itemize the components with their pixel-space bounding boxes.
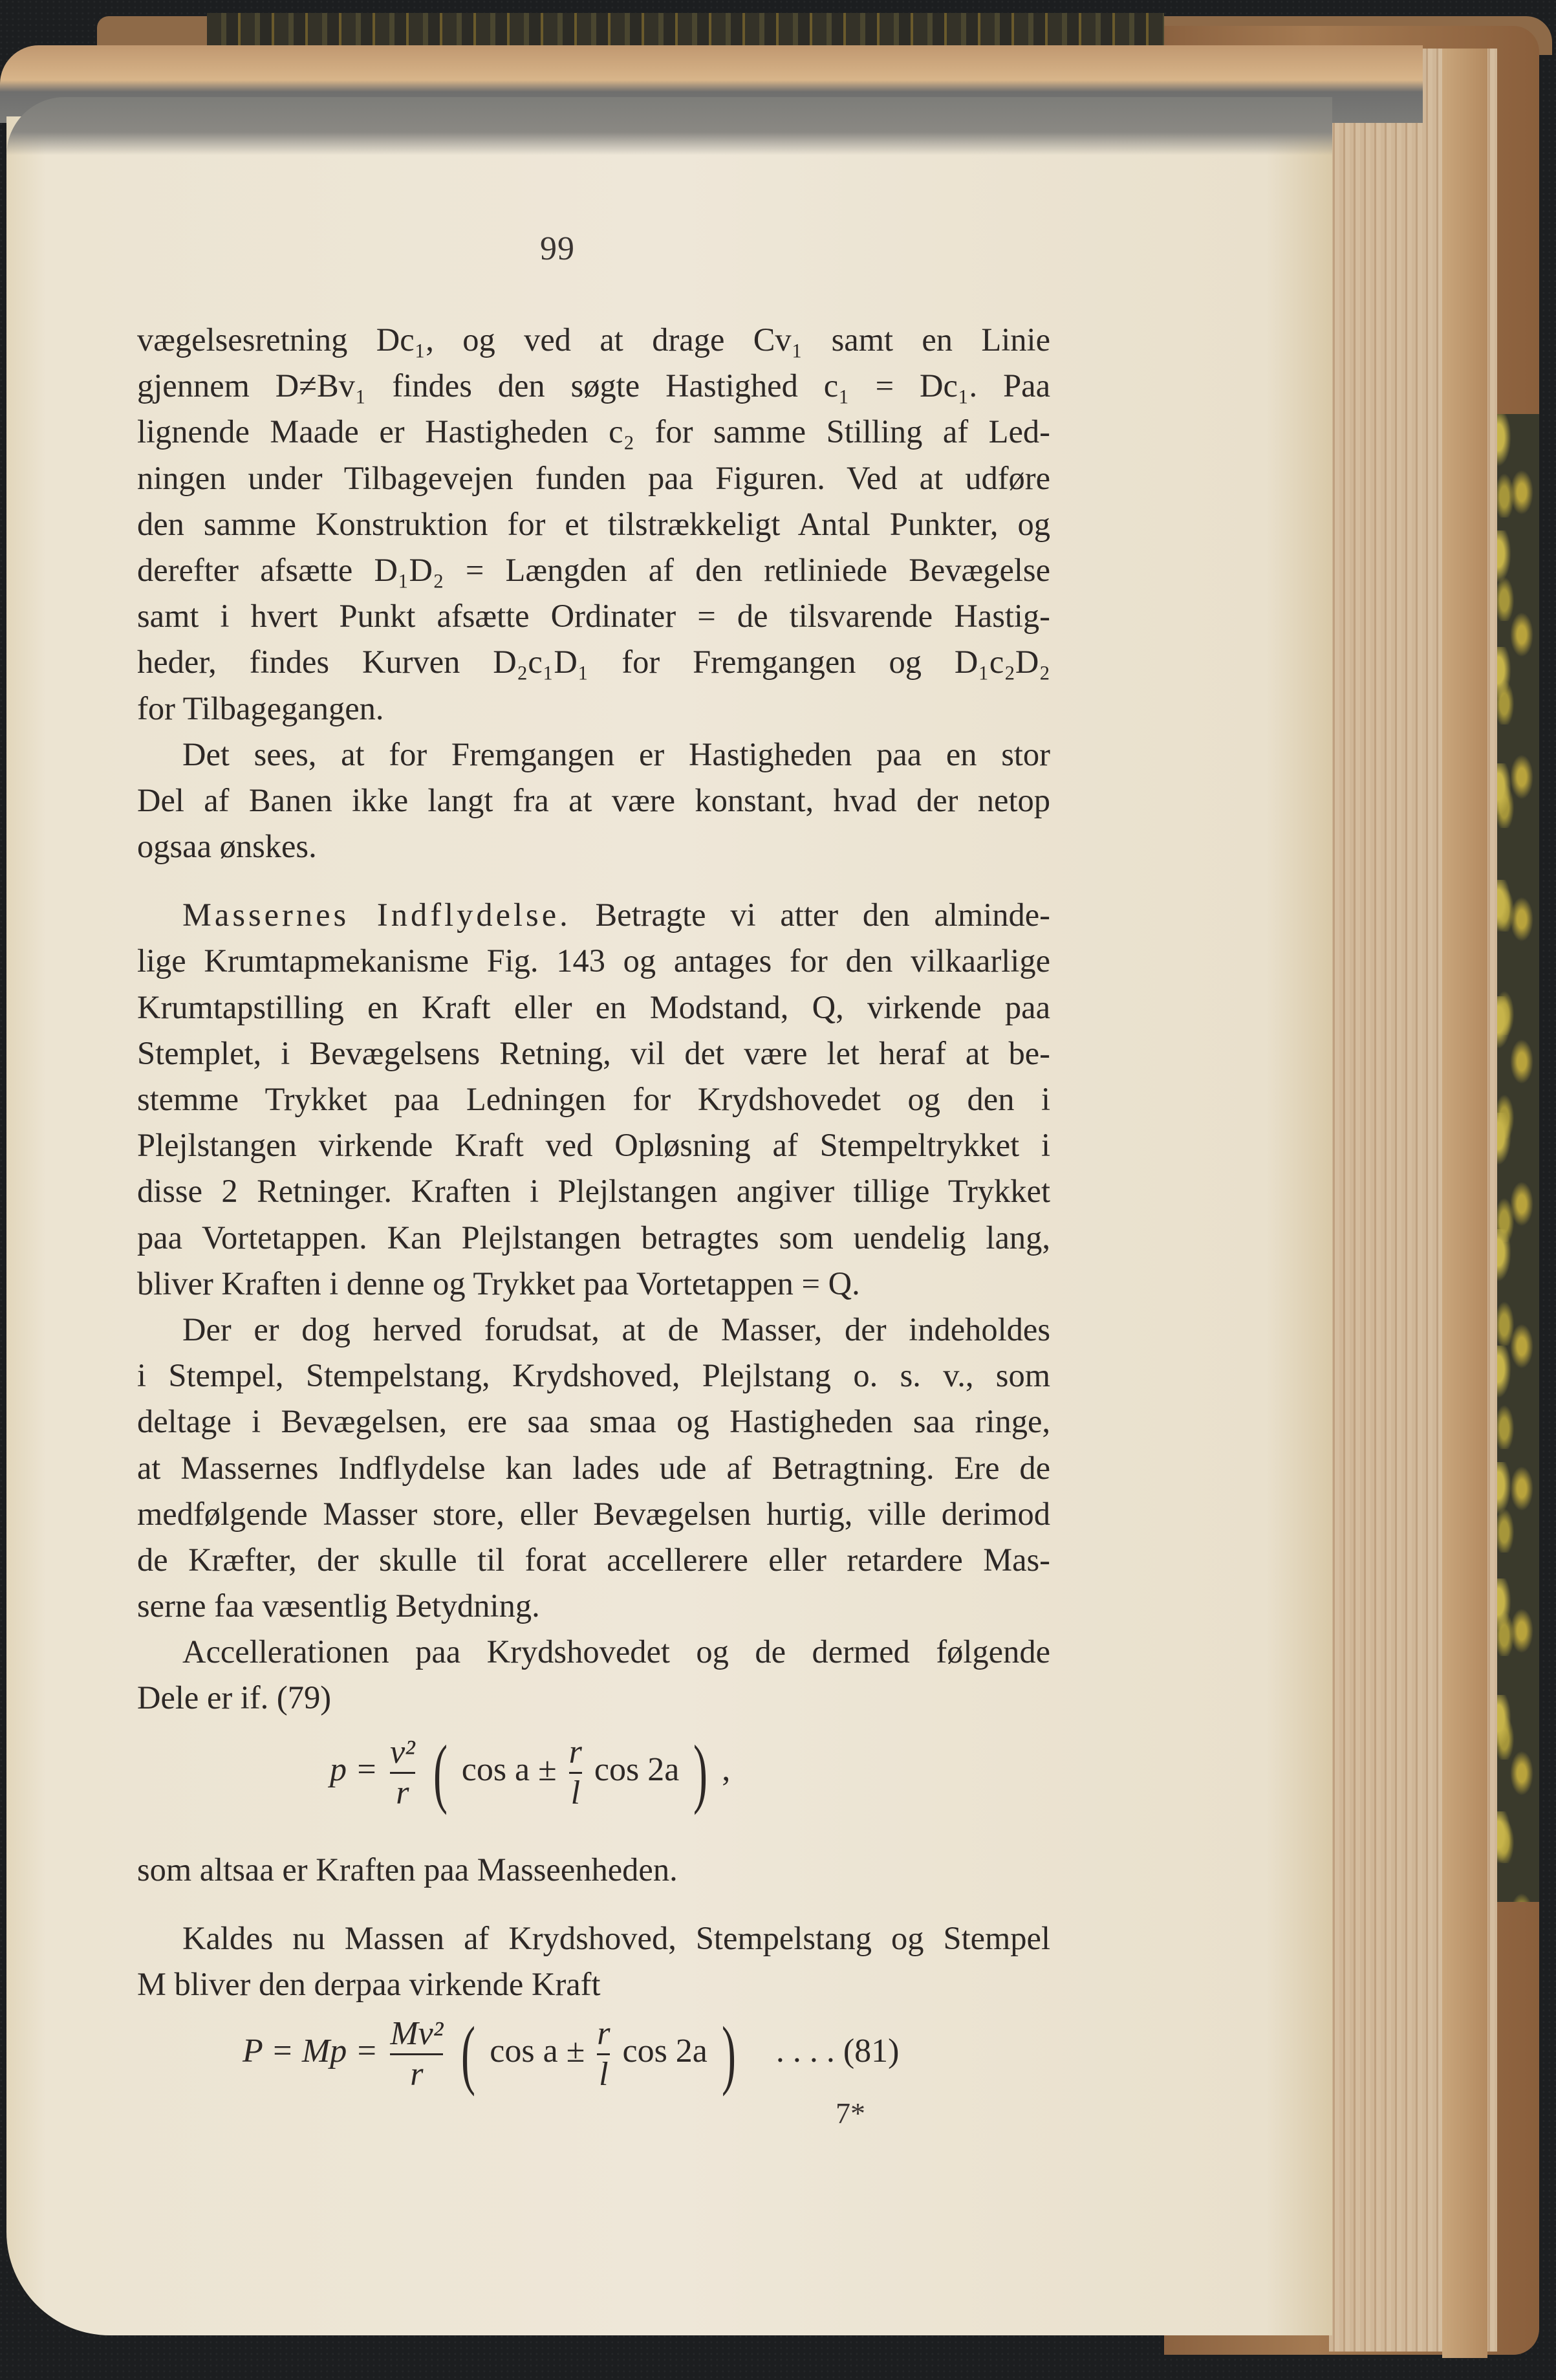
text-line: som altsaa er Kraften paa Masseenheden.: [137, 1847, 1050, 1893]
eq-term: cos a ±: [490, 2033, 585, 2069]
eq-lhs: P = Mp =: [243, 2033, 378, 2069]
text-line: vægelsesretning Dc₁, og ved at drage Cv₁…: [137, 317, 1050, 363]
text-line: gjennem D≠Bv₁ findes den søgte Hastighed…: [137, 363, 1050, 409]
fraction: Mv²r: [390, 2016, 443, 2093]
page-stack-edge-outer: [1442, 49, 1487, 2358]
fraction-denominator: r: [390, 1775, 415, 1811]
eq-term: cos a ±: [462, 1751, 557, 1788]
equation-number: (81): [843, 2033, 900, 2069]
text-line: deltage i Bevægelsen, ere saa smaa og Ha…: [137, 1399, 1050, 1445]
close-paren: ): [693, 1734, 708, 1811]
text-line: disse 2 Retninger. Kraften i Plejlstange…: [137, 1168, 1050, 1214]
fraction-numerator: r: [597, 2016, 610, 2052]
text-line: den samme Konstruktion for et tilstrække…: [137, 501, 1050, 547]
text-line: de Kræfter, der skulle til forat accelle…: [137, 1537, 1050, 1583]
text-line: ningen under Tilbagevejen funden paa Fig…: [137, 455, 1050, 501]
text-line: derefter afsætte D₁D₂ = Længden af den r…: [137, 547, 1050, 593]
text-line: i Stempel, Stempelstang, Krydshoved, Ple…: [137, 1353, 1050, 1399]
text-line: serne faa væsentlig Betydning.: [137, 1583, 1050, 1629]
text-line: M bliver den derpaa virkende Kraft: [137, 1961, 1050, 2007]
text-line: Dele er if. (79): [137, 1675, 1050, 1721]
text-line: paa Vortetappen. Kan Plejlstangen betrag…: [137, 1215, 1050, 1261]
text-line: Kaldes nu Massen af Krydshoved, Stempels…: [137, 1916, 1050, 1961]
section-heading-line: Massernes Indflydelse. Betragte vi atter…: [137, 892, 1050, 938]
page-number: 99: [540, 230, 575, 268]
fraction: v²r: [390, 1734, 415, 1811]
fraction: rl: [569, 1734, 582, 1811]
eq-lhs: p =: [330, 1751, 378, 1788]
page-curl-shadow: [6, 97, 1332, 155]
text-line: Det sees, at for Fremgangen er Hastighed…: [137, 732, 1050, 778]
text-line: Plejlstangen virkende Kraft ved Opløsnin…: [137, 1122, 1050, 1168]
body-text-2: som altsaa er Kraften paa Masseenheden. …: [137, 1847, 1050, 2008]
fraction-numerator: v²: [390, 1734, 415, 1771]
fraction-denominator: l: [569, 1775, 582, 1811]
text-line: Accellerationen paa Krydshovedet og de d…: [137, 1629, 1050, 1675]
open-paren: (: [461, 2015, 475, 2093]
signature-mark: 7*: [836, 2096, 865, 2130]
eq-term: cos 2a: [622, 2033, 707, 2069]
text-line: ogsaa ønskes.: [137, 824, 1050, 869]
close-paren: ): [722, 2015, 736, 2093]
text-line: stemme Trykket paa Ledningen for Krydsho…: [137, 1076, 1050, 1122]
text-line: Stemplet, i Bevægelsens Retning, vil det…: [137, 1031, 1050, 1076]
text-line: heder, findes Kurven D₂c₁D₁ for Fremgang…: [137, 639, 1050, 685]
text-line: Betragte vi atter den alminde-: [596, 897, 1050, 933]
equation-force-81: P = Mp = Mv²r ( cos a ± rl cos 2a ) . . …: [243, 2015, 900, 2093]
fraction-denominator: l: [597, 2057, 610, 2093]
open-paren: (: [433, 1734, 448, 1811]
text-line: medfølgende Masser store, eller Bevægels…: [137, 1491, 1050, 1537]
text-line: for Tilbagegangen.: [137, 686, 1050, 732]
eq-term: cos 2a: [594, 1751, 679, 1788]
text-line: Der er dog herved forudsat, at de Masser…: [137, 1307, 1050, 1353]
fraction-numerator: Mv²: [390, 2016, 443, 2052]
leader-dots: . . . .: [776, 2033, 835, 2069]
text-line: lige Krumtapmekanisme Fig. 143 og antage…: [137, 938, 1050, 984]
fraction: rl: [597, 2016, 610, 2093]
equation-acceleration: p = v²r ( cos a ± rl cos 2a ) ,: [330, 1734, 730, 1811]
text-line: bliver Kraften i denne og Trykket paa Vo…: [137, 1261, 1050, 1307]
text-line: Krumtapstilling en Kraft eller en Modsta…: [137, 985, 1050, 1031]
text-line: lignende Maade er Hastigheden c₂ for sam…: [137, 409, 1050, 455]
text-line: at Massernes Indflydelse kan lades ude a…: [137, 1445, 1050, 1491]
fraction-numerator: r: [569, 1734, 582, 1771]
text-line: samt i hvert Punkt afsætte Ordinater = d…: [137, 593, 1050, 639]
body-text: vægelsesretning Dc₁, og ved at drage Cv₁…: [137, 317, 1050, 1721]
eq-comma: ,: [722, 1751, 730, 1788]
text-line: Del af Banen ikke langt fra at være kons…: [137, 778, 1050, 824]
fraction-denominator: r: [390, 2057, 443, 2093]
section-heading: Massernes Indflydelse.: [182, 897, 571, 933]
